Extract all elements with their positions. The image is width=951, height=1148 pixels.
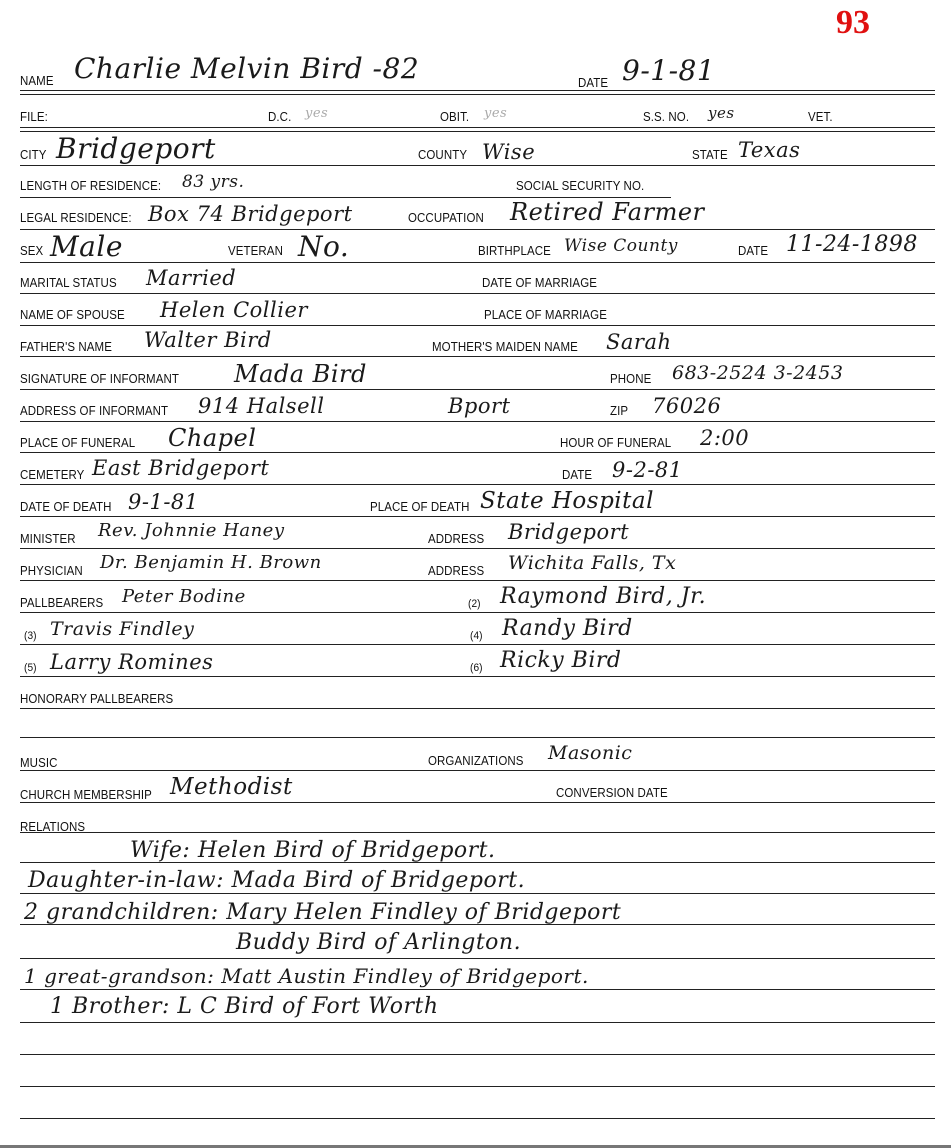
divider — [20, 644, 935, 645]
place-of-death-value[interactable]: State Hospital — [480, 488, 654, 514]
divider — [20, 1054, 935, 1055]
ss-no-value[interactable]: yes — [708, 104, 735, 122]
mothers-maiden-name-value[interactable]: Sarah — [606, 330, 672, 354]
divider — [20, 262, 935, 263]
hour-of-funeral-value[interactable]: 2:00 — [700, 426, 749, 450]
veteran-label: VETERAN — [228, 244, 283, 258]
cemetery-value[interactable]: East Bridgeport — [92, 456, 269, 480]
name-of-spouse-value[interactable]: Helen Collier — [160, 298, 308, 322]
date-of-death-value[interactable]: 9-1-81 — [128, 490, 199, 514]
divider — [20, 484, 935, 485]
birthplace-label: BIRTHPLACE — [478, 244, 551, 258]
legal-residence-value[interactable]: Box 74 Bridgeport — [148, 202, 353, 226]
veteran-value[interactable]: No. — [298, 230, 349, 263]
divider — [20, 293, 935, 294]
sex-value[interactable]: Male — [50, 230, 123, 263]
pallbearer-3[interactable]: Travis Findley — [50, 618, 194, 640]
divider — [20, 548, 935, 549]
date-of-marriage-label: DATE OF MARRIAGE — [482, 276, 597, 290]
divider — [20, 389, 935, 390]
relation-line[interactable]: Daughter-in-law: Mada Bird of Bridgeport… — [28, 868, 525, 893]
occupation-label: OCCUPATION — [408, 211, 484, 225]
phone-value[interactable]: 683-2524 3-2453 — [672, 362, 843, 384]
divider — [20, 356, 935, 357]
address-of-informant-label: ADDRESS OF INFORMANT — [20, 404, 168, 418]
zip-value[interactable]: 76026 — [652, 394, 721, 418]
pallbearer-5[interactable]: Larry Romines — [50, 650, 213, 674]
pallbearers-label: PALLBEARERS — [20, 596, 103, 610]
relation-line[interactable]: 1 great-grandson: Matt Austin Findley of… — [24, 964, 589, 988]
obit-value[interactable]: yes — [484, 106, 507, 121]
dc-label: D.C. — [268, 110, 291, 124]
divider — [20, 90, 935, 91]
date-label: DATE — [578, 76, 608, 90]
divider — [20, 708, 935, 709]
divider — [20, 862, 935, 863]
pallbearer-2-num: (2) — [468, 598, 481, 610]
place-of-marriage-label: PLACE OF MARRIAGE — [484, 308, 607, 322]
date-of-death-label: DATE OF DEATH — [20, 500, 111, 514]
file-label: FILE: — [20, 110, 48, 124]
divider — [20, 1086, 935, 1087]
vet-label: VET. — [808, 110, 833, 124]
minister-label: MINISTER — [20, 532, 76, 546]
music-label: MUSIC — [20, 756, 58, 770]
church-membership-value[interactable]: Methodist — [170, 774, 293, 800]
mothers-maiden-name-label: MOTHER'S MAIDEN NAME — [432, 340, 578, 354]
divider — [20, 802, 935, 803]
county-value[interactable]: Wise — [482, 140, 535, 164]
physician-label: PHYSICIAN — [20, 564, 83, 578]
conversion-date-label: CONVERSION DATE — [556, 786, 668, 800]
relation-line[interactable]: 2 grandchildren: Mary Helen Findley of B… — [24, 900, 621, 925]
relation-line[interactable]: 1 Brother: L C Bird of Fort Worth — [50, 994, 439, 1019]
name-label: NAME — [20, 74, 54, 88]
minister-address-label: ADDRESS — [428, 532, 484, 546]
length-of-residence-label: LENGTH OF RESIDENCE: — [20, 179, 161, 193]
pallbearer-5-num: (5) — [24, 662, 37, 674]
social-security-no-label: SOCIAL SECURITY NO. — [516, 179, 644, 193]
divider — [20, 229, 935, 230]
divider — [20, 580, 935, 581]
physician-address-value[interactable]: Wichita Falls, Tx — [508, 552, 676, 574]
church-membership-label: CHURCH MEMBERSHIP — [20, 788, 152, 802]
address-of-informant-value[interactable]: 914 Halsell — [198, 394, 324, 418]
divider — [20, 421, 935, 422]
pallbearer-2[interactable]: Raymond Bird, Jr. — [500, 584, 706, 609]
pallbearer-3-num: (3) — [24, 630, 37, 642]
name-of-spouse-label: NAME OF SPOUSE — [20, 308, 125, 322]
fathers-name-value[interactable]: Walter Bird — [144, 328, 272, 352]
hour-of-funeral-label: HOUR OF FUNERAL — [560, 436, 671, 450]
minister-address-value[interactable]: Bridgeport — [508, 520, 629, 544]
state-label: STATE — [692, 148, 728, 162]
birth-date-label: DATE — [738, 244, 768, 258]
divider — [20, 165, 935, 166]
ss-no-label: S.S. NO. — [643, 110, 689, 124]
divider — [20, 737, 935, 738]
cemetery-label: CEMETERY — [20, 468, 84, 482]
divider — [20, 676, 935, 677]
organizations-value[interactable]: Masonic — [548, 742, 632, 764]
divider — [20, 958, 935, 959]
divider — [20, 452, 935, 453]
minister-value[interactable]: Rev. Johnnie Haney — [98, 520, 285, 541]
pallbearer-1[interactable]: Peter Bodine — [122, 586, 246, 607]
relation-line[interactable]: Buddy Bird of Arlington. — [236, 930, 521, 955]
divider — [20, 893, 935, 894]
pallbearer-6-num: (6) — [470, 662, 483, 674]
place-of-funeral-label: PLACE OF FUNERAL — [20, 436, 135, 450]
physician-address-label: ADDRESS — [428, 564, 484, 578]
divider — [20, 325, 935, 326]
divider — [20, 612, 935, 613]
legal-residence-label: LEGAL RESIDENCE: — [20, 211, 132, 225]
city-value[interactable]: Bridgeport — [56, 132, 216, 165]
relation-line[interactable]: Wife: Helen Bird of Bridgeport. — [130, 838, 496, 863]
dc-value[interactable]: yes — [305, 106, 328, 121]
divider — [20, 1022, 935, 1023]
address-of-informant-city[interactable]: Bport — [448, 394, 511, 418]
birth-date-value[interactable]: 11-24-1898 — [786, 232, 918, 257]
divider — [20, 832, 935, 833]
place-of-death-label: PLACE OF DEATH — [370, 500, 469, 514]
organizations-label: ORGANIZATIONS — [428, 754, 524, 768]
county-label: COUNTY — [418, 148, 467, 162]
divider — [20, 770, 935, 771]
divider — [20, 1118, 935, 1119]
signature-of-informant-value[interactable]: Mada Bird — [234, 360, 367, 388]
pallbearer-4-num: (4) — [470, 630, 483, 642]
page-number: 93 — [836, 4, 870, 42]
phone-label: PHONE — [610, 372, 651, 386]
sex-label: SEX — [20, 244, 43, 258]
birthplace-value[interactable]: Wise County — [564, 236, 678, 256]
honorary-pallbearers-label: HONORARY PALLBEARERS — [20, 692, 173, 706]
length-of-residence-value[interactable]: 83 yrs. — [182, 172, 244, 192]
obit-label: OBIT. — [440, 110, 469, 124]
name-value[interactable]: Charlie Melvin Bird -82 — [74, 52, 419, 85]
physician-value[interactable]: Dr. Benjamin H. Brown — [100, 552, 322, 573]
cemetery-date-value[interactable]: 9-2-81 — [612, 458, 683, 482]
zip-label: ZIP — [610, 404, 628, 418]
divider — [20, 924, 935, 925]
city-label: CITY — [20, 148, 47, 162]
pallbearer-6[interactable]: Ricky Bird — [500, 648, 621, 673]
signature-of-informant-label: SIGNATURE OF INFORMANT — [20, 372, 179, 386]
marital-status-label: MARITAL STATUS — [20, 276, 117, 290]
state-value[interactable]: Texas — [738, 138, 800, 162]
place-of-funeral-value[interactable]: Chapel — [168, 424, 256, 452]
date-value[interactable]: 9-1-81 — [622, 54, 715, 87]
occupation-value[interactable]: Retired Farmer — [510, 198, 705, 226]
divider — [20, 516, 935, 517]
divider — [20, 127, 935, 128]
marital-status-value[interactable]: Married — [146, 266, 236, 290]
cemetery-date-label: DATE — [562, 468, 592, 482]
divider — [20, 989, 935, 990]
pallbearer-4[interactable]: Randy Bird — [502, 616, 633, 641]
fathers-name-label: FATHER'S NAME — [20, 340, 112, 354]
